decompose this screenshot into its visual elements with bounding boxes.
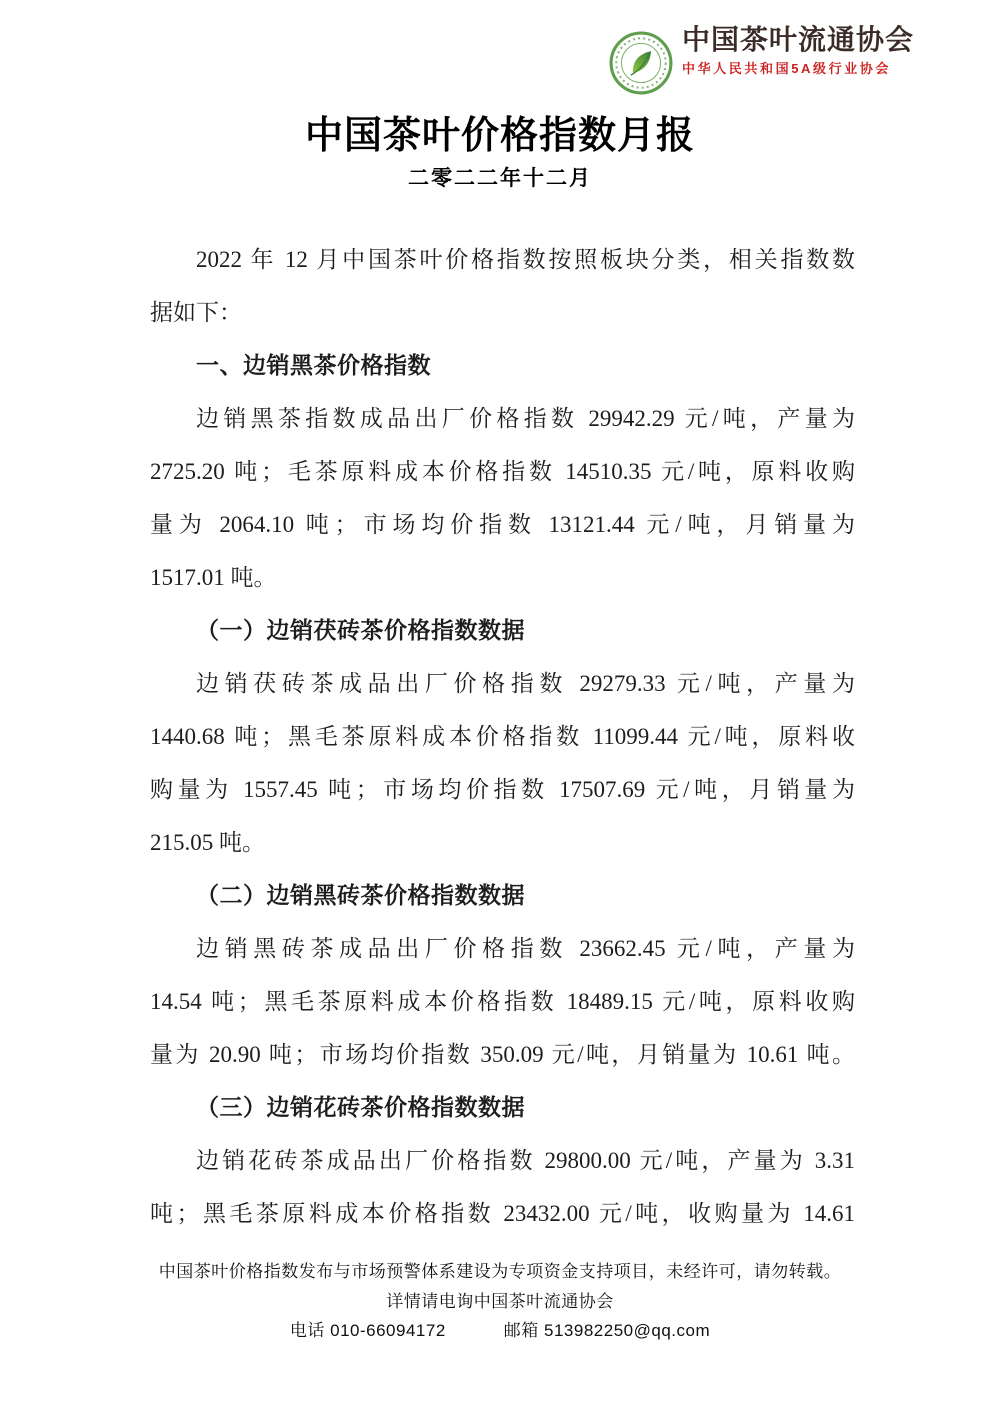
intro-line: 2022 年 12 月中国茶叶价格指数按照板块分类，相关指数数	[150, 233, 855, 286]
paragraph-line: 14.54 吨；黑毛茶原料成本价格指数 18489.15 元/吨，原料收购	[150, 975, 855, 1028]
page-title: 中国茶叶价格指数月报	[0, 112, 1000, 160]
org-certification: 中华人民共和国5A级行业协会	[682, 61, 914, 77]
footer-email: 邮箱 513982250@qq.com	[504, 1321, 710, 1340]
page-footer: 中国茶叶价格指数发布与市场预警体系建设为专项资金支持项目，未经许可，请勿转载。 …	[0, 1256, 1000, 1345]
paragraph-line: 购量为 1557.45 吨；市场均价指数 17507.69 元/吨，月销量为	[150, 763, 855, 816]
paragraph-line: 2725.20 吨；毛茶原料成本价格指数 14510.35 元/吨，原料收购	[150, 445, 855, 498]
paragraph-line: 1517.01 吨。	[150, 551, 855, 604]
document-page: 中国茶叶流通协会 中华人民共和国5A级行业协会 中国茶叶价格指数月报 二零二二年…	[0, 0, 1000, 1413]
paragraph-line: 边销花砖茶成品出厂价格指数 29800.00 元/吨，产量为 3.31	[150, 1134, 855, 1187]
section-heading-dark-tea: 一、边销黑茶价格指数	[150, 339, 855, 392]
email-label: 邮箱	[504, 1321, 539, 1340]
logo-text: 中国茶叶流通协会 中华人民共和国5A级行业协会	[682, 24, 914, 77]
page-subtitle: 二零二二年十二月	[0, 165, 1000, 193]
intro-line: 据如下：	[150, 286, 855, 339]
paragraph-line: 量为 2064.10 吨；市场均价指数 13121.44 元/吨，月销量为	[150, 498, 855, 551]
association-logo: 中国茶叶流通协会 中华人民共和国5A级行业协会	[608, 24, 914, 96]
tea-leaf-seal-icon	[608, 30, 674, 96]
section-heading-heizhuan: （二）边销黑砖茶价格指数数据	[150, 869, 855, 922]
email-address: 513982250@qq.com	[544, 1321, 710, 1340]
paragraph-line: 边销茯砖茶成品出厂价格指数 29279.33 元/吨，产量为	[150, 657, 855, 710]
paragraph-line: 边销黑茶指数成品出厂价格指数 29942.29 元/吨，产量为	[150, 392, 855, 445]
section-heading-huazhuan: （三）边销花砖茶价格指数数据	[150, 1081, 855, 1134]
footer-contact: 详情请电询中国茶叶流通协会	[0, 1287, 1000, 1316]
org-name: 中国茶叶流通协会	[682, 24, 914, 58]
footer-phone: 电话 010-66094172	[290, 1321, 446, 1340]
footer-notice: 中国茶叶价格指数发布与市场预警体系建设为专项资金支持项目，未经许可，请勿转载。	[0, 1256, 1000, 1287]
paragraph-line: 1440.68 吨；黑毛茶原料成本价格指数 11099.44 元/吨，原料收	[150, 710, 855, 763]
report-body: 2022 年 12 月中国茶叶价格指数按照板块分类，相关指数数 据如下： 一、边…	[150, 233, 855, 1240]
phone-number: 010-66094172	[330, 1321, 446, 1340]
footer-contact-details: 电话 010-66094172邮箱 513982250@qq.com	[0, 1316, 1000, 1345]
paragraph-line: 量为 20.90 吨；市场均价指数 350.09 元/吨，月销量为 10.61 …	[150, 1028, 855, 1081]
paragraph-line: 边销黑砖茶成品出厂价格指数 23662.45 元/吨，产量为	[150, 922, 855, 975]
phone-label: 电话	[290, 1321, 325, 1340]
paragraph-line: 215.05 吨。	[150, 816, 855, 869]
section-heading-fuzhuan: （一）边销茯砖茶价格指数数据	[150, 604, 855, 657]
paragraph-line: 吨；黑毛茶原料成本价格指数 23432.00 元/吨，收购量为 14.61	[150, 1187, 855, 1240]
